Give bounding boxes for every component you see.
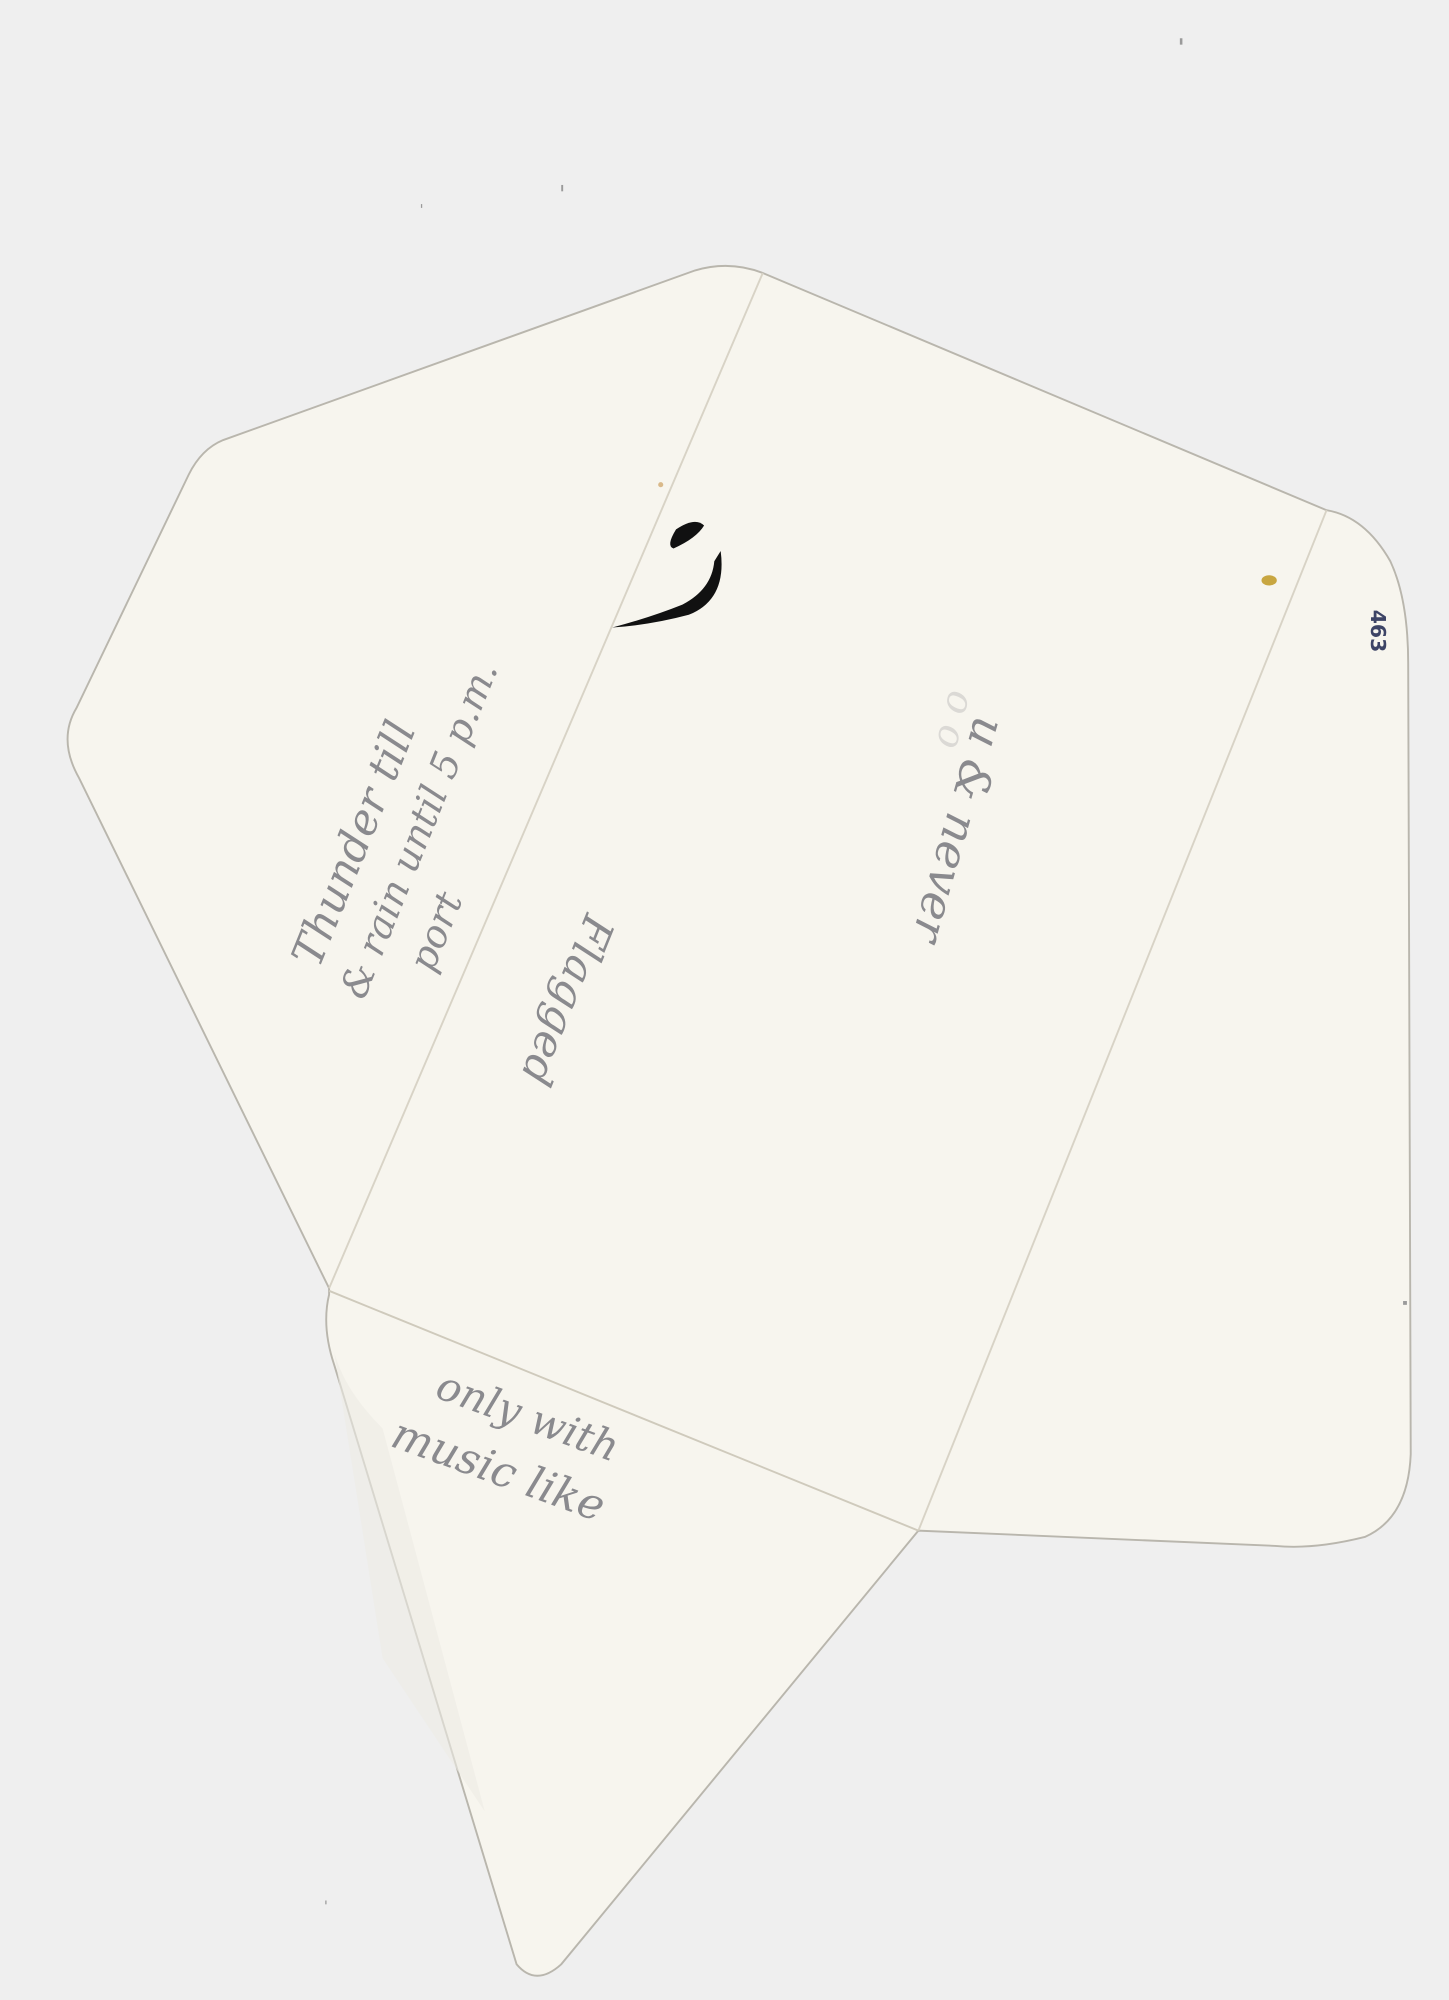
envelope-scan: 463 Thunder till & rain until 5 p.m. por…	[0, 0, 1449, 2000]
stain-mark	[1261, 575, 1276, 585]
archive-number: 463	[1366, 610, 1390, 653]
envelope-illustration: 463 Thunder till & rain until 5 p.m. por…	[0, 0, 1449, 2000]
small-stain	[658, 482, 663, 487]
